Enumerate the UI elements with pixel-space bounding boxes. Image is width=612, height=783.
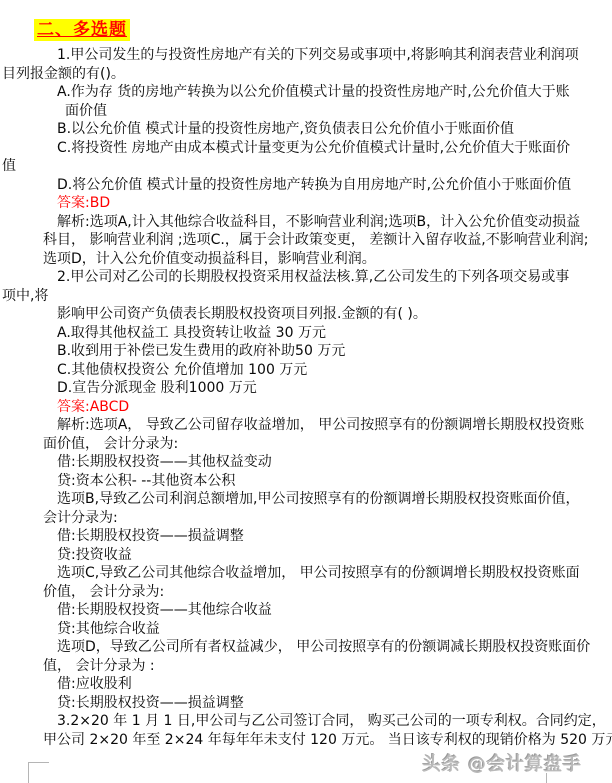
text-line: 贷:投资收益 — [0, 546, 612, 565]
text-line: C.其他债权投资公 允价值增加 100 万元 — [0, 361, 612, 380]
text-line: 值， 会计分录为 : — [0, 657, 612, 676]
document-body: 1.甲公司发生的与投资性房地产有关的下列交易或事项中,将影响其利润表营业利润项目… — [0, 46, 612, 749]
text-line: B.收到用于补偿已发生费用的政府补助50 万元 — [0, 342, 612, 361]
text-line: 项中,将 — [0, 287, 612, 306]
page-corner-mark — [28, 762, 49, 783]
text-line: 1.甲公司发生的与投资性房地产有关的下列交易或事项中,将影响其利润表营业利润项 — [0, 46, 612, 65]
text-line: C.将投资性 房地产由成本模式计量变更为公允价值模式计量时,公允价值大于账面价 — [0, 139, 612, 158]
text-line: A.作为存 货的房地产转换为以公允价值模式计量的投资性房地产时,公允价值大于账 — [0, 83, 612, 102]
section-title: 二、多选题 — [34, 19, 130, 41]
text-line: 科目， 影响营业利润 ;选项C.，属于会计政策变更， 差额计入留存收益,不影响营… — [0, 231, 612, 250]
text-line: 2.甲公司对乙公司的长期股权投资采用权益法核.算,乙公司发生的下列各项交易或事 — [0, 268, 612, 287]
document-page: 二、多选题 1.甲公司发生的与投资性房地产有关的下列交易或事项中,将影响其利润表… — [0, 0, 612, 783]
answer-line: 答案:ABCD — [0, 398, 612, 417]
answer-line: 答案:BD — [0, 194, 612, 213]
text-line: 影响甲公司资产负债表长期股权投资项目列报.金额的有( )。 — [0, 305, 612, 324]
text-line: 借:长期股权投资——其他综合收益 — [0, 601, 612, 620]
text-line: 借:长期股权投资——损益调整 — [0, 527, 612, 546]
text-line: 3.2×20 年 1 月 1 日,甲公司与乙公司签订合同， 购买己公司的一项专利… — [0, 712, 612, 731]
text-line: 贷:长期股权投资——损益调整 — [0, 694, 612, 713]
text-line: 借:应收股利 — [0, 675, 612, 694]
text-line: B.以公允价值 模式计量的投资性房地产,资负债表日公允价值小于账面价值 — [0, 120, 612, 139]
page-edge-mark — [546, 773, 547, 783]
text-line: D.将公允价值 模式计量的投资性房地产转换为自用房地产时,公允价值小于账面价值 — [0, 176, 612, 195]
text-line: 选项D，导致乙公司所有者权益减少， 甲公司按照享有的份额调减长期股权投资账面价 — [0, 638, 612, 657]
text-line: 价值， 会计分录为: — [0, 583, 612, 602]
watermark: 头条 @会计算盘手 — [423, 750, 582, 776]
text-line: 选项D，计入公允价值变动损益科目，影响营业利润。 — [0, 250, 612, 269]
text-line: 借:长期股权投资——其他权益变动 — [0, 453, 612, 472]
text-line: 选项C,导致乙公司其他综合收益增加， 甲公司按照享有的份额调增长期股权投资账面 — [0, 564, 612, 583]
text-line: 面价值 — [0, 102, 612, 121]
text-line: 目列报金额的有()。 — [0, 65, 612, 84]
text-line: 值 — [0, 157, 612, 176]
text-line: 选项B,导致乙公司利润总额增加,甲公司按照享有的份额调增长期股权投资账面价值， — [0, 490, 612, 509]
text-line: 解析:选项A,计入其他综合收益科目，不影响营业利润;选项B，计入公允价值变动损益 — [0, 213, 612, 232]
text-line: A.取得其他权益工 具投资转让收益 30 万元 — [0, 324, 612, 343]
text-line: 会计分录为: — [0, 509, 612, 528]
text-line: 面价值， 会计分录为: — [0, 435, 612, 454]
text-line: 贷:资本公积- --其他资本公积 — [0, 472, 612, 491]
text-line: 贷:其他综合收益 — [0, 620, 612, 639]
text-line: 甲公司 2×20 年至 2×24 年每年年未支付 120 万元。 当日该专利权的… — [0, 731, 612, 750]
text-line: D.宣告分派现金 股利1000 万元 — [0, 379, 612, 398]
text-line: 解析:选项A， 导致乙公司留存收益增加， 甲公司按照享有的份额调增长期股权投资账 — [0, 416, 612, 435]
